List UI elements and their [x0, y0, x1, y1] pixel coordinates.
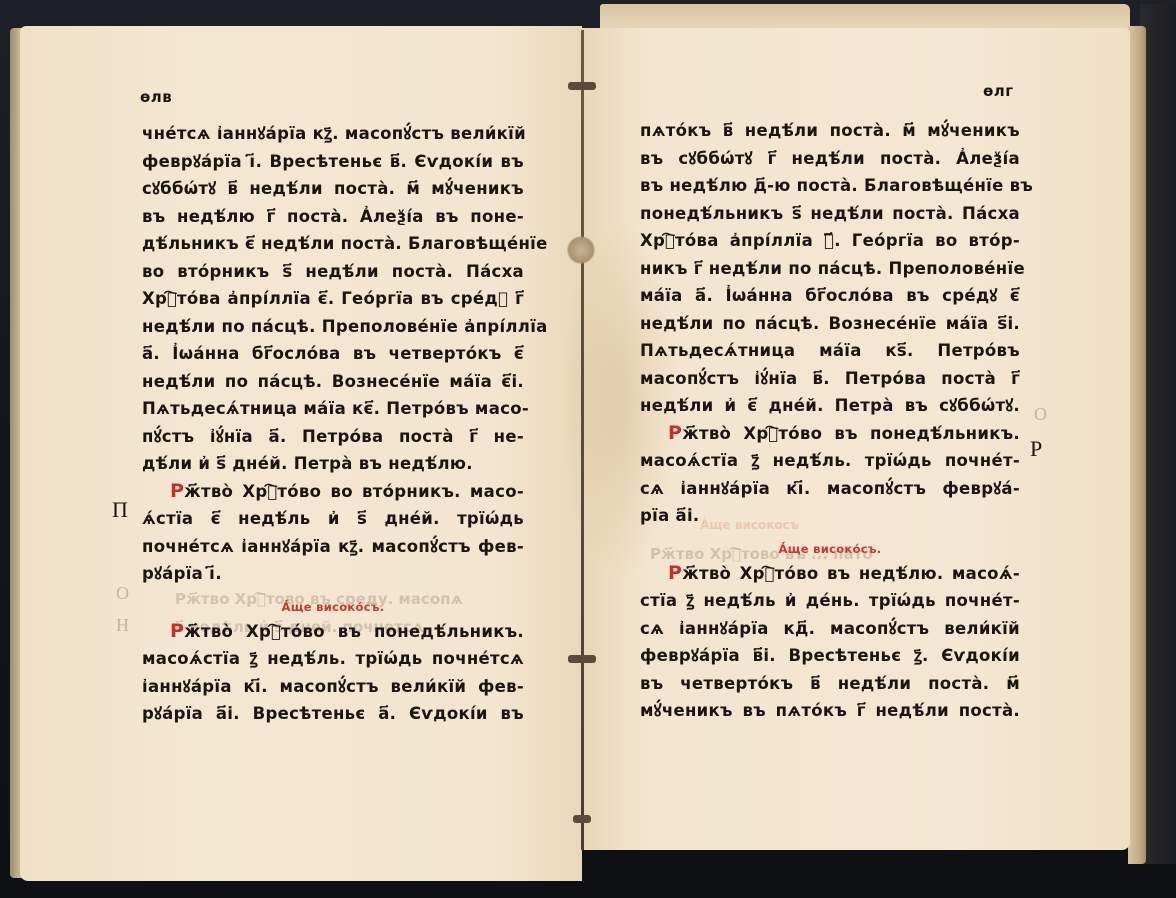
- text-line: въ четверто́къ в҃ недѣ́ли поста̀. м҃: [640, 670, 1020, 698]
- left-page-text: чне́тсѧ ı҆аннꙋа́рїа кꙁ҃. масопꙋ́стъ вели…: [142, 120, 524, 728]
- text-line: въ сꙋббѡ́тꙋ г҃ недѣ́ли поста̀. А҆леѯі́а: [640, 145, 1020, 173]
- margin-letter: П: [112, 497, 128, 523]
- text-line: мꙋ́ченикъ въ пѧто́къ г҃ недѣ́ли поста̀.: [640, 697, 1020, 725]
- text-line: во вто́рникъ ѕ҃ недѣ́ли поста̀. Па́сха: [142, 258, 524, 286]
- red-rubric-heading: А҆́ще високо́съ.: [640, 538, 1020, 560]
- binding-stitch-icon: [568, 655, 596, 663]
- text-line: недѣ́ли по па́сцѣ. Преполове́нїе а҆прі́л…: [142, 313, 524, 341]
- text-line: чне́тсѧ ı҆аннꙋа́рїа кꙁ҃. масопꙋ́стъ вели…: [142, 120, 524, 148]
- text-line-with-initial: Рж҃тво̀ Хрⷭ҇то́во въ недѣ́лю. масоѧ́-: [640, 560, 1020, 588]
- text-line: Пѧтьдесѧ́тница ма́їа кє҃. Петро́въ масо-: [142, 395, 524, 423]
- text-line-with-initial: Рж҃тво̀ Хрⷭ҇то́во во вто́рникъ. масо-: [142, 478, 524, 506]
- text-line: дѣ́ли и҆ ѕ҃ дне́й. Петра̀ въ недѣ́лю.: [142, 450, 524, 478]
- text-line: стїа ꙁ҃ недѣ́ль и҆ де́нь. трїѡ́дь почне́…: [640, 587, 1020, 615]
- margin-letter-faint: О: [1034, 404, 1047, 425]
- text-line: ı҆аннꙋа́рїа кı҃. масопꙋ́стъ вели́кїй фев…: [142, 673, 524, 701]
- page-stack-right-edge: [1128, 26, 1146, 864]
- text-line: пꙋ́стъ і҆ꙋ́нїа а҃. Петро́ва поста̀ г҃ не…: [142, 423, 524, 451]
- text-line: Хрⷭ҇то́ва а҆прі́ллїа є҃. Гео́ргїа въ сре…: [142, 285, 524, 313]
- red-initial: Р: [170, 480, 184, 502]
- red-rubric-heading: А҆́ще високо́съ.: [142, 596, 524, 618]
- red-initial: Р: [668, 562, 682, 584]
- text-line: въ недѣ́лю г҃ поста̀. А҆леѯі́а въ поне-: [142, 203, 524, 231]
- text-line: въ недѣ́лю д҃-ю поста̀. Благовѣще́нїе въ: [640, 172, 1020, 200]
- margin-letter-faint: О: [116, 583, 129, 604]
- text-line: масоѧ́стїа ꙁ҃ недѣ́ль. трїѡ́дь почне́т-: [640, 447, 1020, 475]
- text-line: сѧ ı҆аннꙋа́рїа кı҃. масопꙋ́стъ феврꙋа́-: [640, 475, 1020, 503]
- text-line: сѧ ı҆аннꙋа́рїа кд҃. масопꙋ́стъ вели́кїй: [640, 615, 1020, 643]
- page-number-left: ѳлв: [140, 88, 172, 106]
- margin-letter-faint: Н: [116, 615, 129, 636]
- text-line: феврꙋа́рїа ı҃. Вресѣтеньє в҃. Єѵдокі́и в…: [142, 148, 524, 176]
- margin-letter: Р: [1030, 436, 1042, 462]
- text-line: рїа а҃і.: [640, 502, 1020, 530]
- text-line: недѣ́ли и҆ є҃ дне́й. Петра̀ въ сꙋббѡ́тꙋ.: [640, 392, 1020, 420]
- text-line: феврꙋа́рїа в҃і. Вресѣтеньє ꙁ҃. Єѵдокі́и: [640, 642, 1020, 670]
- text-line: дѣ́льникъ є҃ недѣ́ли поста̀. Благовѣще́н…: [142, 230, 524, 258]
- binding-stitch-icon: [568, 82, 596, 90]
- text-line: недѣ́ли по па́сцѣ. Вознесе́нїе ма́їа ѕ҃і…: [640, 310, 1020, 338]
- page-number-right: ѳлг: [983, 82, 1014, 100]
- binding-stitch-icon: [573, 815, 591, 823]
- text-line: никъ г҃ недѣ́ли по па́сцѣ. Преполове́нїе: [640, 255, 1020, 283]
- text-line: а҃. І҆ѡа́нна бг҃осло́ва въ четверто́къ є…: [142, 340, 524, 368]
- text-line: Хрⷭ҇то́ва а҆прі́ллїа ꙁ҃. Гео́ргїа во вто…: [640, 227, 1020, 255]
- text-line: пѧто́къ в҃ недѣ́ли поста̀. м҃ мꙋ́ченикъ: [640, 117, 1020, 145]
- text-line-with-initial: Рж҃тво̀ Хрⷭ҇то́во въ понедѣ́льникъ.: [142, 618, 524, 646]
- red-initial: Р: [170, 620, 184, 642]
- text-line: недѣ́ли по па́сцѣ. Вознесе́нїе ма́їа є҃і…: [142, 368, 524, 396]
- text-line: рꙋа́рїа а҃і. Вресѣтеньє а҃. Єѵдокі́и въ: [142, 700, 524, 728]
- binding-knot-icon: [566, 236, 596, 264]
- right-page-text: пѧто́къ в҃ недѣ́ли поста̀. м҃ мꙋ́ченикъ …: [640, 117, 1020, 725]
- text-line: сꙋббѡ́тꙋ в҃ недѣ́ли поста̀. м҃ мꙋ́ченикъ: [142, 175, 524, 203]
- text-line: ма́їа а҃. І҆ѡа́нна бг҃осло́ва въ сре́дꙋ …: [640, 282, 1020, 310]
- text-line: почне́тсѧ ı҆аннꙋа́рїа кꙁ҃. масопꙋ́стъ фе…: [142, 533, 524, 561]
- red-initial: Р: [668, 422, 682, 444]
- text-line-with-initial: Рж҃тво̀ Хрⷭ҇то́во въ понедѣ́льникъ.: [640, 420, 1020, 448]
- text-line: понедѣ́льникъ ѕ҃ недѣ́ли поста̀. Па́сха: [640, 200, 1020, 228]
- text-line: Пѧтьдесѧ́тница ма́їа кѕ҃. Петро́въ: [640, 337, 1020, 365]
- text-line: рꙋа́рїа ı҃.: [142, 560, 524, 588]
- text-line: ѧ́стїа є҃ недѣ́ль и҆ ѕ҃ дне́й. трїѡ́дь: [142, 505, 524, 533]
- text-line: масопꙋ́стъ і҆ꙋ́нїа в҃. Петро́ва поста̀ г…: [640, 365, 1020, 393]
- spine-gutter: [581, 30, 584, 850]
- text-line: масоѧ́стїа ꙁ҃ недѣ́ль. трїѡ́дь почне́тсѧ: [142, 645, 524, 673]
